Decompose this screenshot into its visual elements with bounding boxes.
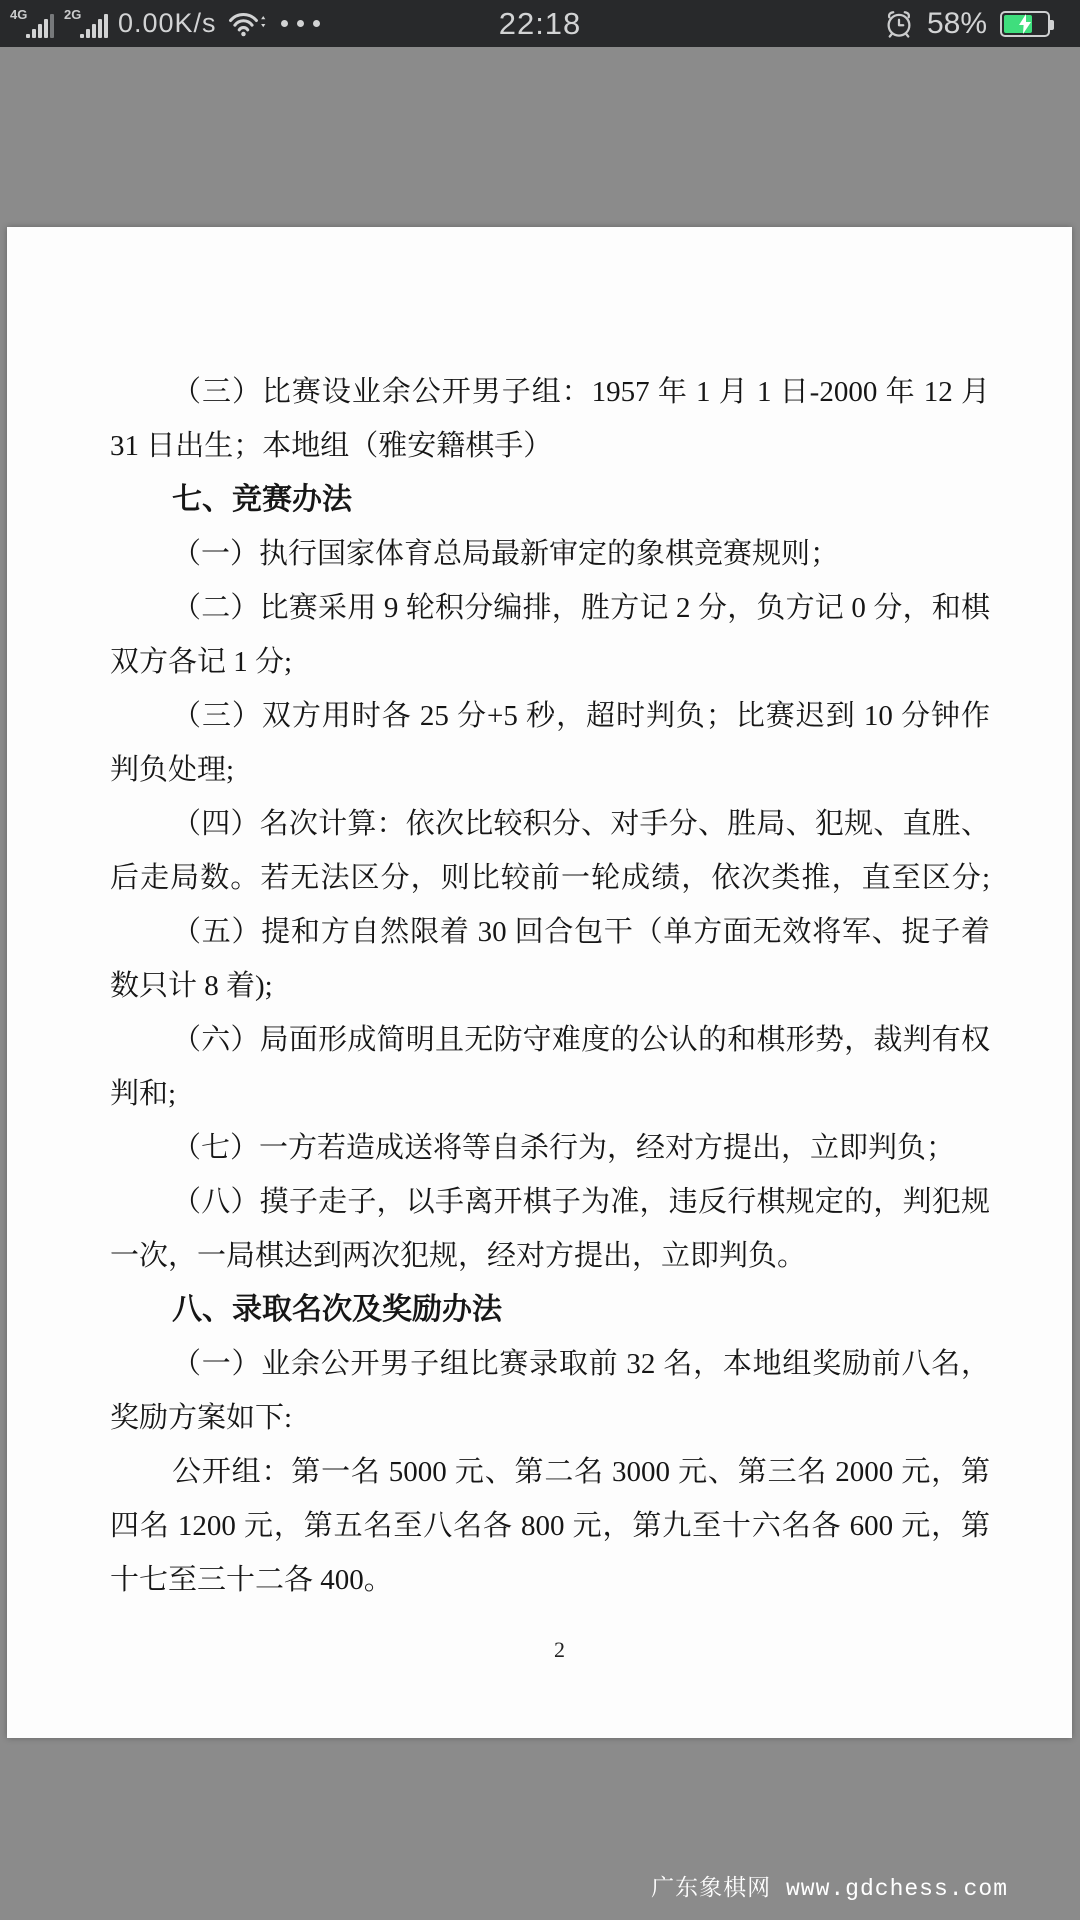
- status-bar: 4G 2G 0.00K/s 22:18: [0, 0, 1080, 47]
- document-page[interactable]: （三）比赛设业余公开男子组：1957 年 1 月 1 日-2000 年 12 月…: [7, 227, 1072, 1738]
- document-text: （三）比赛设业余公开男子组：1957 年 1 月 1 日-2000 年 12 月…: [110, 365, 990, 1607]
- signal-2g-label: 2G: [64, 7, 81, 22]
- signal-bars: [26, 14, 54, 38]
- text-line: 四名 1200 元，第五名至八名各 800 元，第九至十六名各 600 元，第: [110, 1499, 990, 1553]
- text-line: 31 日出生；本地组（雅安籍棋手）: [110, 419, 990, 473]
- text-line: （一）业余公开男子组比赛录取前 32 名，本地组奖励前八名，: [110, 1337, 990, 1391]
- text-line: 数只计 8 着);: [110, 959, 990, 1013]
- text-line: （八）摸子走子，以手离开棋子为准，违反行棋规定的，判犯规: [110, 1175, 990, 1229]
- charging-bolt-icon: [1019, 14, 1031, 34]
- text-line: （六）局面形成简明且无防守难度的公认的和棋形势，裁判有权: [110, 1013, 990, 1067]
- text-line: 一次，一局棋达到两次犯规，经对方提出，立即判负。: [110, 1229, 990, 1283]
- battery-nub: [1050, 20, 1054, 30]
- signal-strength-4g-icon: 4G: [10, 7, 54, 41]
- alarm-clock-icon: [884, 9, 914, 39]
- text-line: （一）执行国家体育总局最新审定的象棋竞赛规则；: [110, 527, 990, 581]
- network-speed: 0.00K/s: [118, 8, 217, 39]
- battery-percent: 58%: [927, 7, 987, 41]
- signal-strength-2g-icon: 2G: [64, 7, 108, 41]
- text-line: （四）名次计算：依次比较积分、对手分、胜局、犯规、直胜、: [110, 797, 990, 851]
- battery-charging-icon: [1000, 11, 1050, 37]
- text-line: （五）提和方自然限着 30 回合包干（单方面无效将军、捉子着: [110, 905, 990, 959]
- signal-4g-label: 4G: [10, 7, 27, 22]
- more-options-dots-icon: [281, 20, 320, 27]
- text-line: 判和;: [110, 1067, 990, 1121]
- status-left-group: 4G 2G 0.00K/s: [10, 7, 320, 41]
- text-line: （三）比赛设业余公开男子组：1957 年 1 月 1 日-2000 年 12 月: [110, 365, 990, 419]
- clock-time: 22:18: [499, 6, 582, 42]
- status-right-group: 58%: [884, 7, 1050, 41]
- text-line: 后走局数。若无法区分，则比较前一轮成绩，依次类推，直至区分;: [110, 851, 990, 905]
- text-line: 奖励方案如下:: [110, 1391, 990, 1445]
- signal-bars: [80, 14, 108, 38]
- text-line: （七）一方若造成送将等自杀行为，经对方提出，立即判负；: [110, 1121, 990, 1175]
- page-number: 2: [27, 1637, 1080, 1663]
- text-line: 十七至三十二各 400。: [110, 1553, 990, 1607]
- text-line: 双方各记 1 分;: [110, 635, 990, 689]
- section-heading-line: 八、录取名次及奖励办法: [110, 1283, 990, 1337]
- text-line: （二）比赛采用 9 轮积分编排，胜方记 2 分，负方记 0 分，和棋: [110, 581, 990, 635]
- section-heading-line: 七、竞赛办法: [110, 473, 990, 527]
- watermark: 广东象棋网 www.gdchess.com: [651, 1869, 1008, 1902]
- wifi-icon: [227, 9, 267, 39]
- text-line: 判负处理;: [110, 743, 990, 797]
- text-line: 公开组：第一名 5000 元、第二名 3000 元、第三名 2000 元，第: [110, 1445, 990, 1499]
- text-line: （三）双方用时各 25 分+5 秒，超时判负；比赛迟到 10 分钟作: [110, 689, 990, 743]
